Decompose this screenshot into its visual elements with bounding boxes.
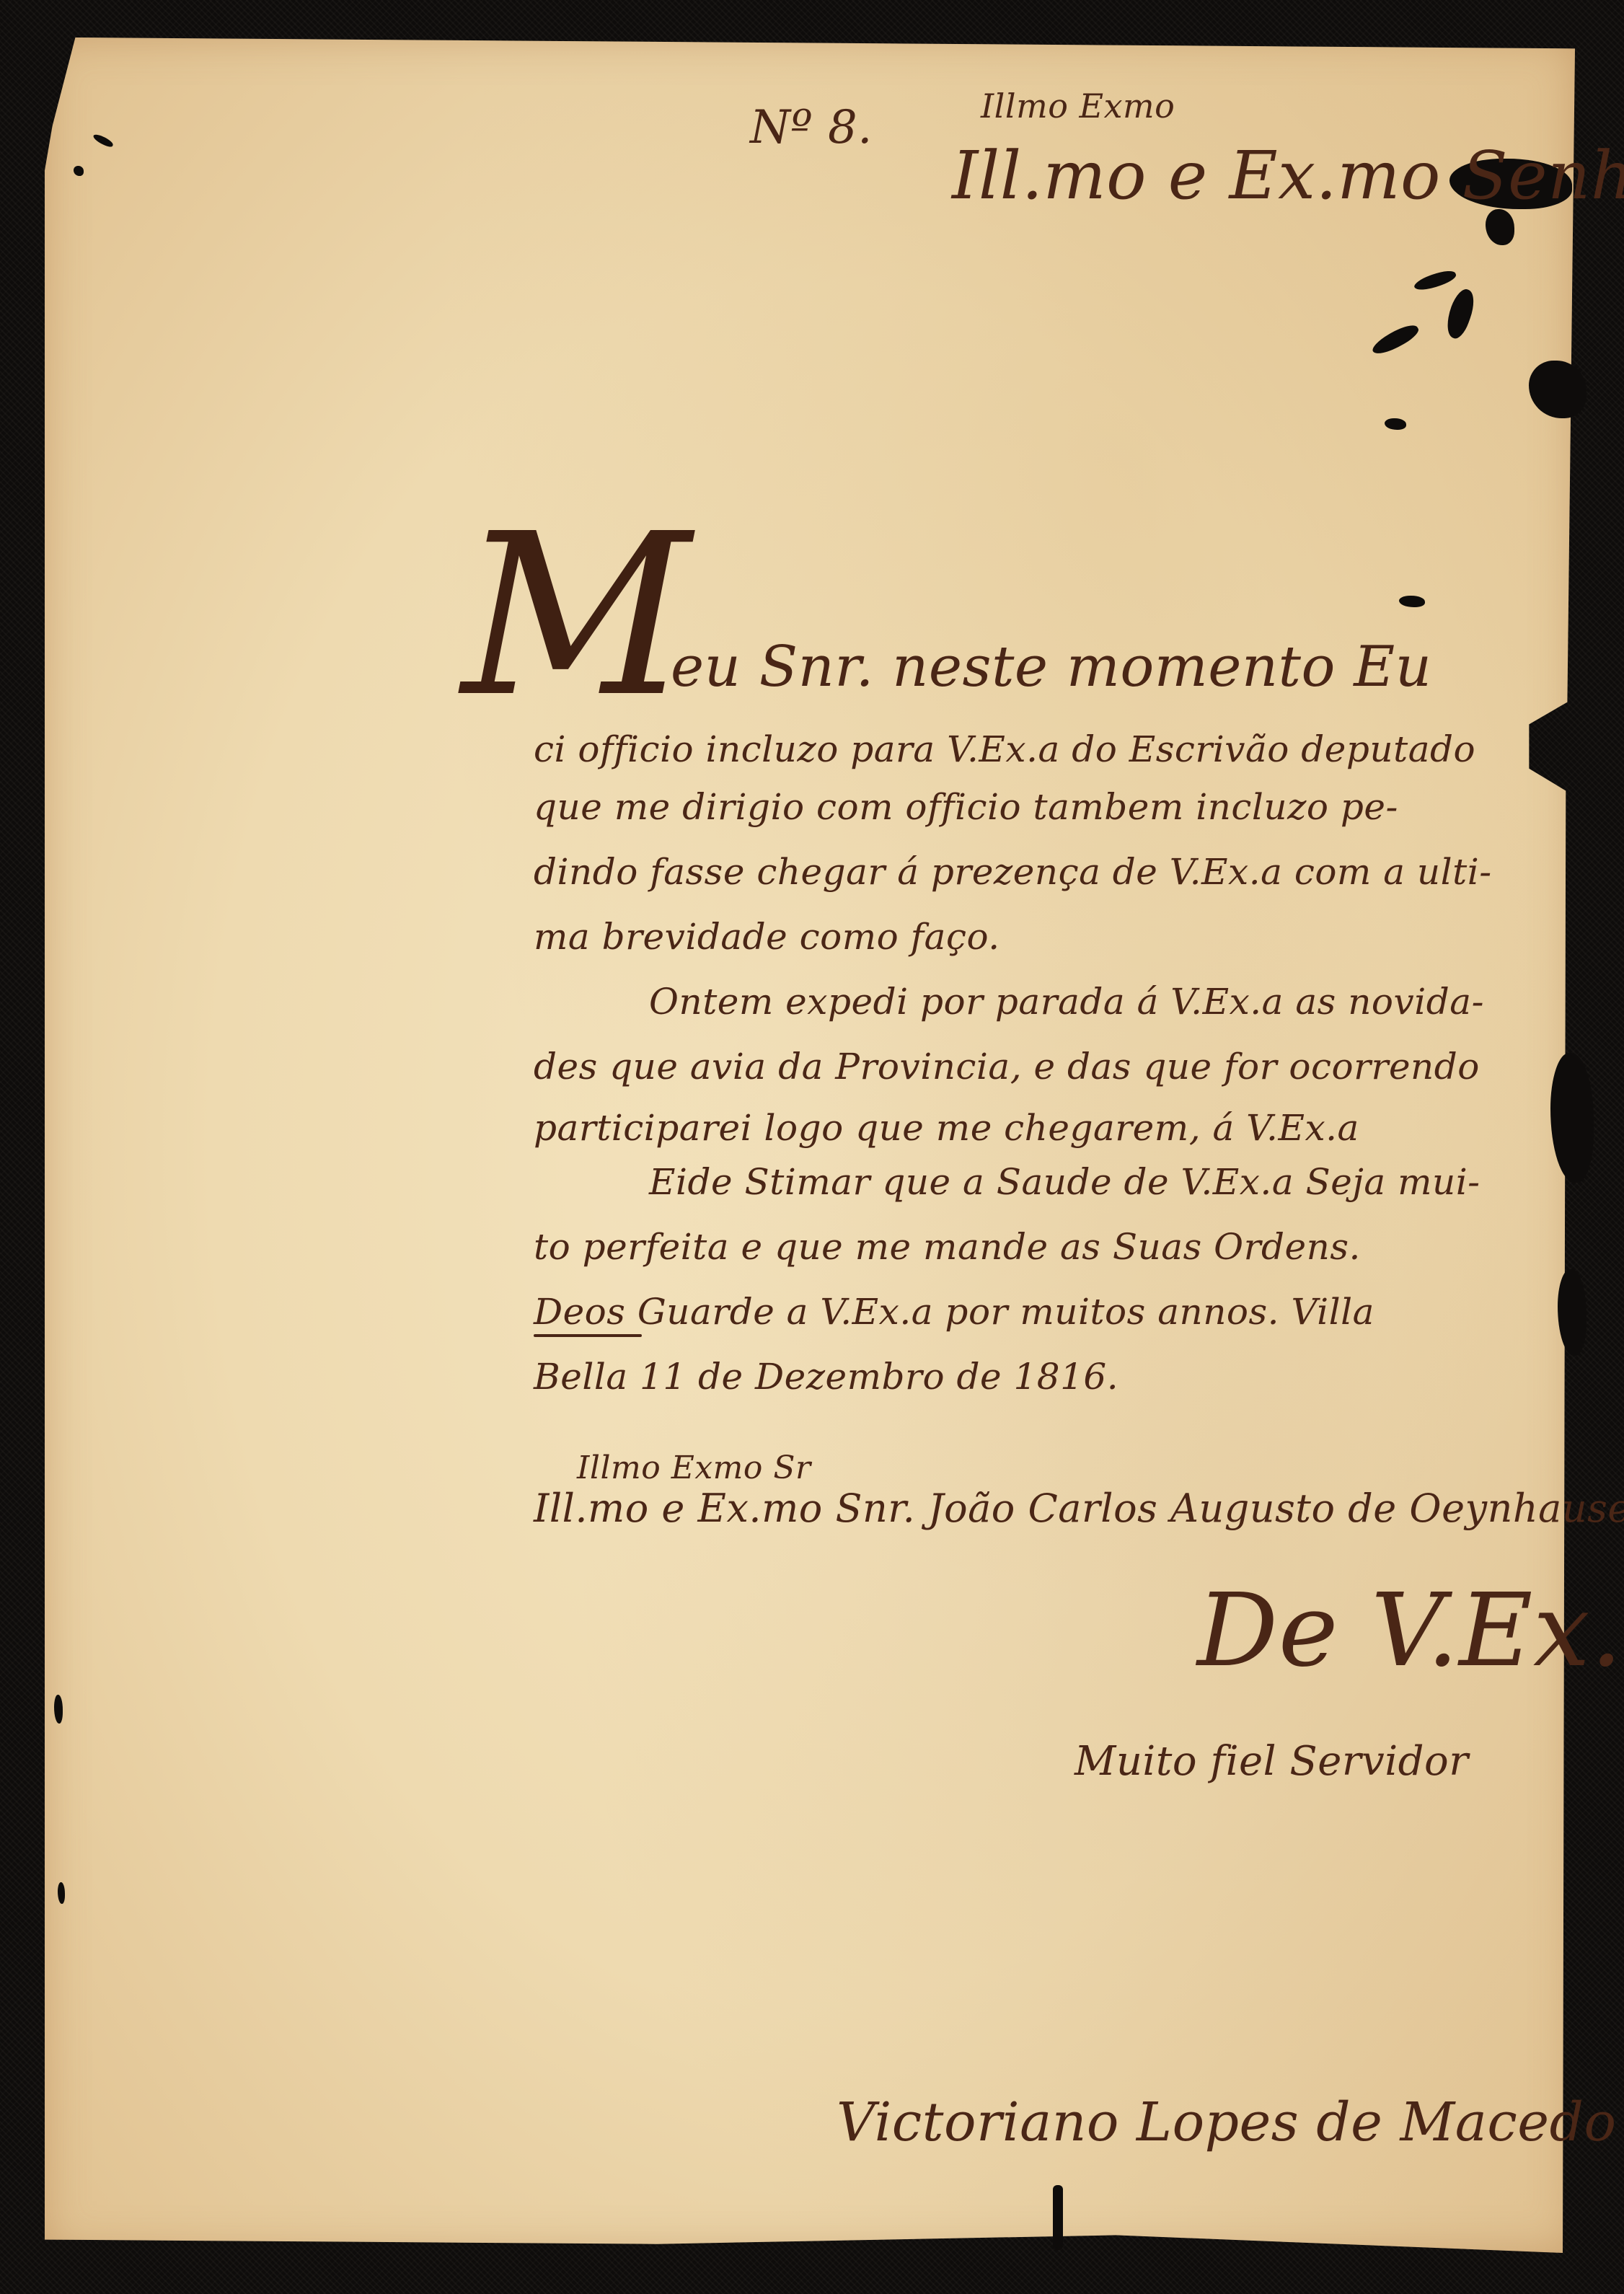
- body-line: ci officio incluzo para V.Ex.a do Escriv…: [534, 728, 1475, 770]
- body-line: participarei logo que me chegarem, á V.E…: [534, 1107, 1359, 1149]
- body-line: Deos Guarde a V.Ex.a por muitos annos. V…: [534, 1291, 1374, 1333]
- body-line: que me dirigio com officio tambem incluz…: [534, 786, 1398, 828]
- body-line: to perfeita e que me mande as Suas Orden…: [534, 1226, 1361, 1268]
- closing-servant: Muito fiel Servidor: [1074, 1738, 1468, 1785]
- opening-line: eu Snr. neste momento Eu: [671, 635, 1431, 700]
- body-line: Ontem expedi por parada á V.Ex.a as novi…: [649, 981, 1484, 1023]
- flourish-underline: [534, 1334, 642, 1337]
- body-line: Eide Stimar que a Saude de V.Ex.a Seja m…: [649, 1161, 1480, 1203]
- document-number: Nº 8.: [750, 101, 873, 154]
- body-line: dindo fasse chegar á prezença de V.Ex.a …: [534, 851, 1492, 893]
- body-line: des que avia da Provincia, e das que for…: [534, 1046, 1480, 1088]
- date-line: Bella 11 de Dezembro de 1816.: [534, 1356, 1118, 1398]
- drop-cap: M: [462, 505, 690, 728]
- recipient-line: Ill.mo e Ex.mo Snr. João Carlos Augusto …: [534, 1486, 1624, 1531]
- paper-damage-left-4: [58, 1882, 65, 1904]
- paper-damage-left-3: [54, 1695, 63, 1724]
- body-line: ma brevidade como faço.: [534, 916, 1000, 958]
- recipient-superscript: Illmo Exmo Sr: [577, 1450, 811, 1486]
- paper-damage-left-2: [74, 166, 84, 176]
- salutation-heading: Ill.mo e Ex.mo Senhor: [952, 137, 1624, 214]
- signature: Victoriano Lopes de Macedo: [837, 2091, 1617, 2153]
- closing-form: De V.Ex.a: [1197, 1572, 1624, 1690]
- paper-damage-bottom-drip: [1053, 2185, 1063, 2250]
- salutation-superscript: Illmo Exmo: [981, 87, 1175, 125]
